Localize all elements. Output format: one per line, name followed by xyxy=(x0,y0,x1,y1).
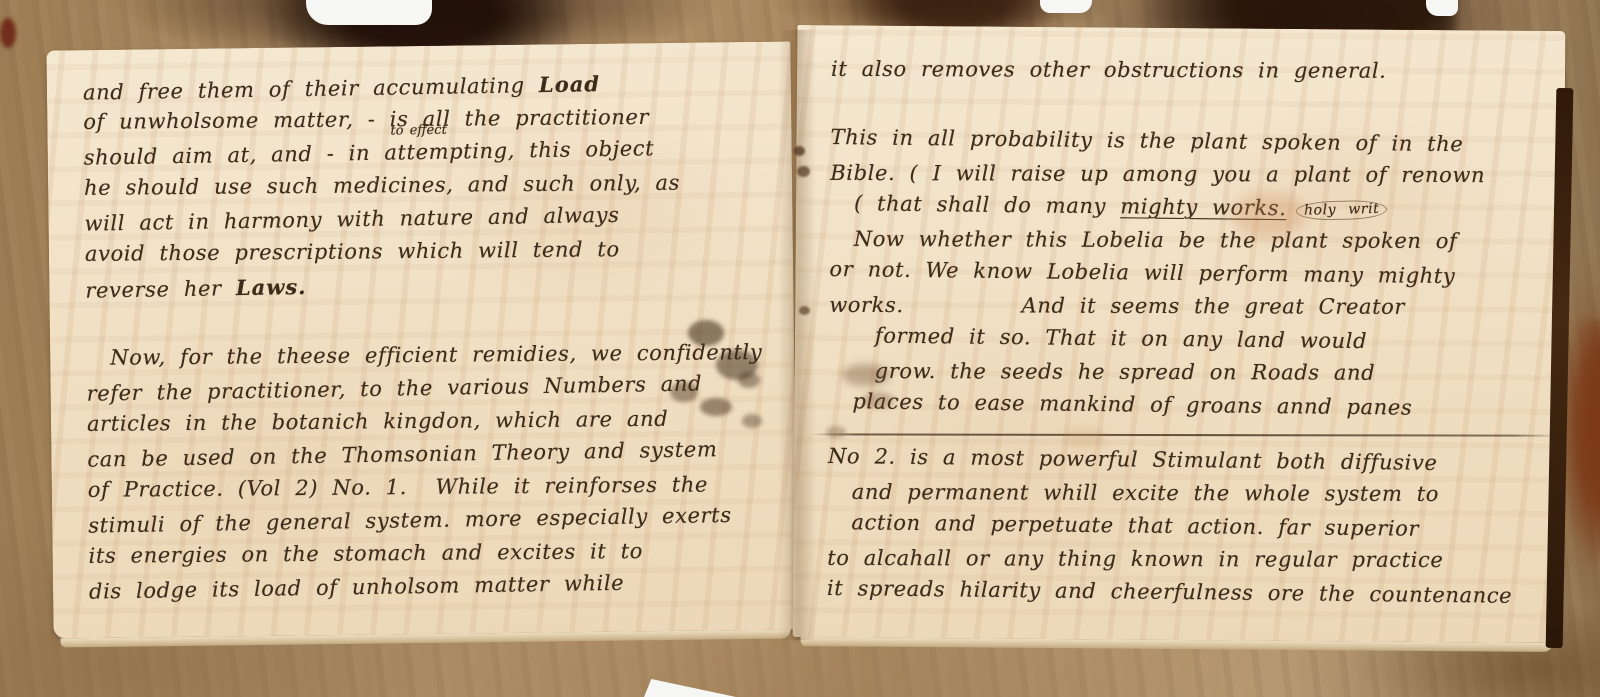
line-text: works. xyxy=(829,293,904,317)
line-text: grow. the seeds he spread on Roads and xyxy=(875,359,1376,385)
line-text: reverse her xyxy=(85,276,236,302)
line-text: will act in harmony with nature and alwa… xyxy=(84,203,619,236)
line-text: its energies on the stomach and excites … xyxy=(89,539,644,568)
right-page-text: it also removes other obstructions in ge… xyxy=(793,25,1566,643)
circled-annotation: holy writ xyxy=(1296,200,1388,221)
manuscript-line: it spreads hilarity and cheerfulness ore… xyxy=(827,572,1551,613)
line-text: it spreads hilarity and cheerfulness ore… xyxy=(827,576,1512,608)
line-text: ( that shall do many xyxy=(854,191,1121,218)
manuscript-line: This in all probability is the plant spo… xyxy=(830,121,1554,162)
line-text: Now, for the theese efficient remidies, … xyxy=(110,340,762,370)
line-text: it also removes other obstructions in ge… xyxy=(831,57,1386,83)
line-text: places to ease mankind of groans annd pa… xyxy=(852,389,1412,419)
left-page-text: and free them of their accumulating Load… xyxy=(46,41,797,638)
manuscript-line: works.And it seems the great Creator xyxy=(829,289,1553,325)
line-text: to alcahall or any thing known in regula… xyxy=(827,546,1443,572)
line-text: Bible. ( I will raise up among you a pla… xyxy=(830,161,1485,187)
line-text: refer the practitioner, to the various N… xyxy=(86,371,702,405)
line-text: Now whether this Lobelia be the plant sp… xyxy=(854,227,1458,253)
line-text: avoid those prescriptions which will ten… xyxy=(85,237,620,266)
line-text: he should use such medicines, and such o… xyxy=(84,171,680,200)
section-divider xyxy=(810,433,1558,436)
line-text: This in all probability is the plant spo… xyxy=(830,125,1463,156)
right-page: it also removes other obstructions in ge… xyxy=(793,25,1566,643)
line-text: and free them of their accumulating xyxy=(83,73,539,105)
manuscript-line: it also removes other obstructions in ge… xyxy=(831,53,1555,89)
manuscript-line: No 2. is a most powerful Stimulant both … xyxy=(828,440,1552,481)
manuscript-line: Now whether this Lobelia be the plant sp… xyxy=(830,223,1554,259)
manuscript-line: and permanent whill excite the whole sys… xyxy=(828,476,1552,512)
line-text: and permanent whill excite the whole sys… xyxy=(852,480,1439,506)
photo-background: and free them of their accumulating Load… xyxy=(0,0,1600,697)
paper-tear xyxy=(1040,0,1092,13)
manuscript-line: formed it so. That it on any land would xyxy=(829,319,1553,360)
line-text: articles in the botanich kingdon, which … xyxy=(87,407,668,436)
manuscript-line: grow. the seeds he spread on Roads and xyxy=(829,355,1553,391)
line-text: formed it so. That it on any land would xyxy=(875,324,1367,354)
line-text: dis lodge its load of unholsom matter wh… xyxy=(89,571,625,604)
line-text: And it seems the great Creator xyxy=(1022,294,1406,319)
line-text: should aim at, and - in attempting, this… xyxy=(84,136,655,169)
line-text: can be used on the Thomsonian Theory and… xyxy=(87,437,717,471)
inserted-word: to effect xyxy=(390,125,446,138)
line-text: of Practice. (Vol 2) No. 1. While it rei… xyxy=(88,472,708,501)
line-text: of unwholsome matter, - is all the pract… xyxy=(83,105,649,134)
manuscript-line: to alcahall or any thing known in regula… xyxy=(827,542,1551,578)
manuscript-line: action and perpetuate that action. far s… xyxy=(827,506,1551,547)
line-text: No 2. is a most powerful Stimulant both … xyxy=(828,444,1438,475)
paper-tear xyxy=(1426,0,1458,16)
underlined-phrase: mighty works. xyxy=(1120,194,1286,220)
manuscript-line: or not. We know Lobelia will perform man… xyxy=(829,253,1553,294)
manuscript-line: places to ease mankind of groans annd pa… xyxy=(828,385,1552,426)
left-page: and free them of their accumulating Load… xyxy=(46,41,797,638)
line-text: or not. We know Lobelia will perform man… xyxy=(829,257,1455,288)
emphasized-word: Load xyxy=(539,71,600,97)
emphasized-word: Laws. xyxy=(236,274,307,300)
line-text: action and perpetuate that action. far s… xyxy=(851,510,1419,540)
manuscript-line: Bible. ( I will raise up among you a pla… xyxy=(830,157,1554,193)
paper-tear xyxy=(306,0,432,25)
line-text: stimuli of the general system. more espe… xyxy=(88,503,732,538)
manuscript-line: ( that shall do many mighty works.holy w… xyxy=(830,187,1554,228)
